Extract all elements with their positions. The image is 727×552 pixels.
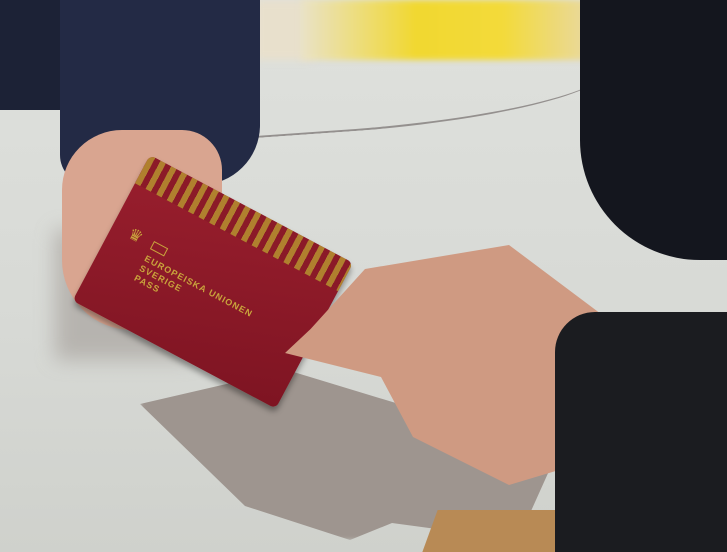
foreground-dark-shoulder (580, 0, 727, 260)
right-sleeve (555, 312, 727, 552)
crown-icon: ♛ (125, 223, 147, 247)
biometric-chip-icon (150, 241, 168, 256)
passport-line-2: SVERIGE (137, 263, 249, 330)
passport-cover-text: EUROPEISKA UNIONEN SVERIGE PASS (132, 241, 261, 339)
photo-scene: ♛ EUROPEISKA UNIONEN SVERIGE PASS (0, 0, 727, 552)
